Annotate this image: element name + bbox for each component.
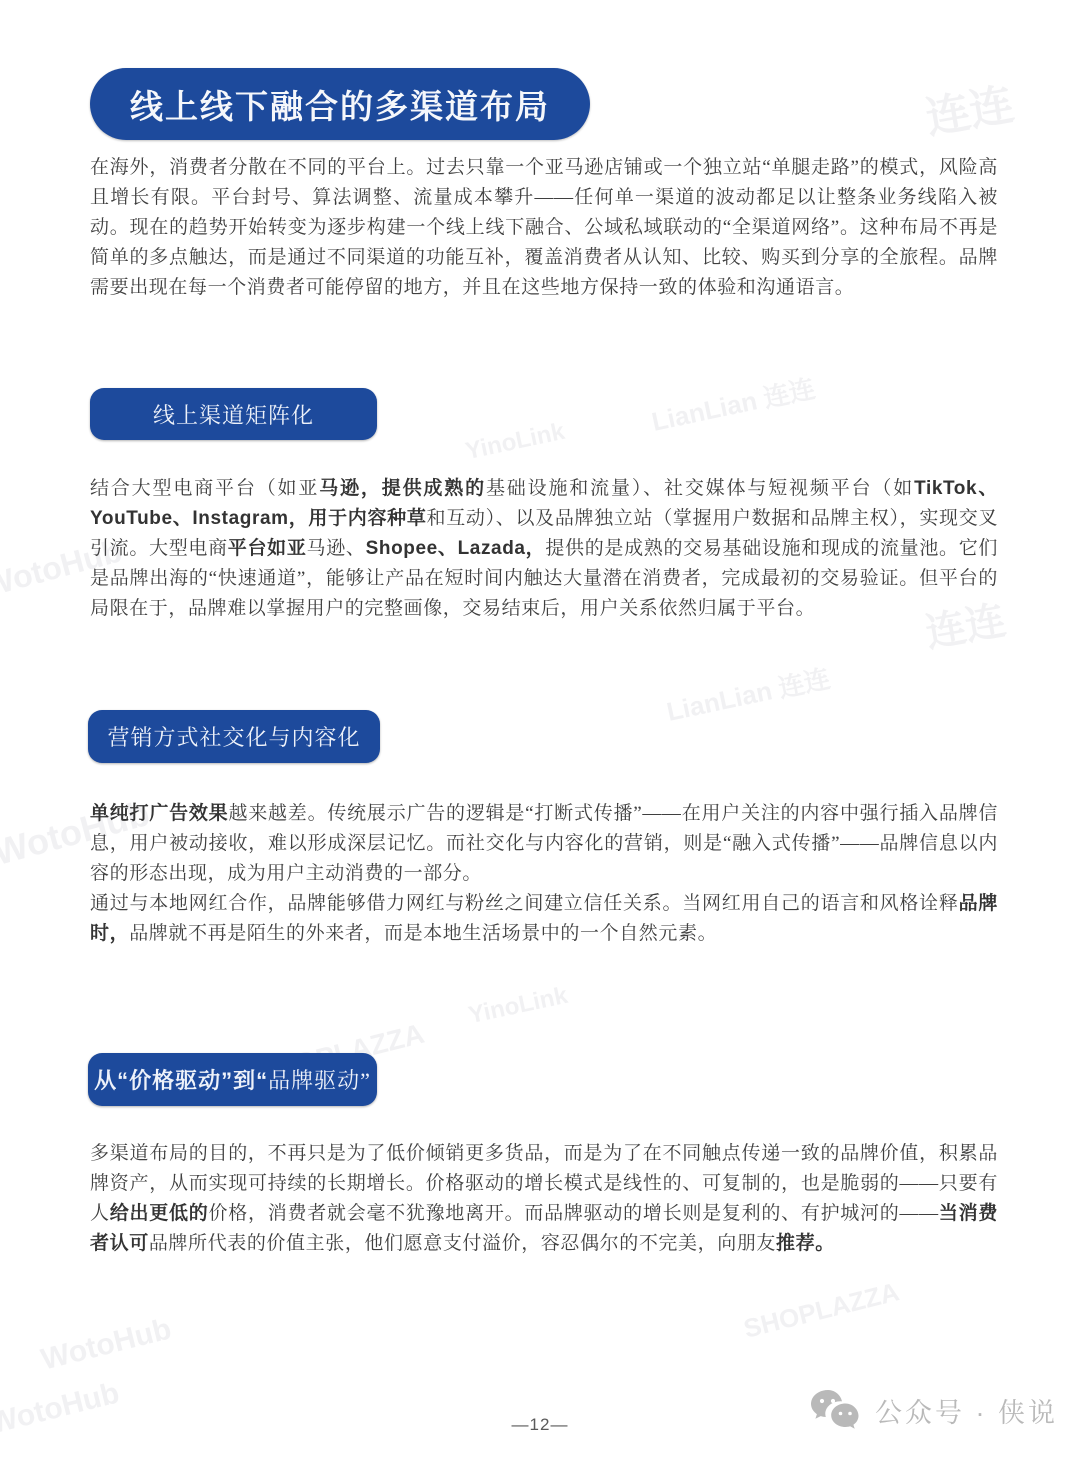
document-page: 连连 LianLian 连连 YinoLink WotoHub 连连 LianL… xyxy=(0,0,1080,1466)
watermark: 连连 xyxy=(920,68,1018,146)
section-heading-online-channel-matrix: 线上渠道矩阵化 xyxy=(90,388,377,440)
section-2-body-paragraph-1: 单纯打广告效果越来越差。传统展示广告的逻辑是“打断式传播”——在用户关注的内容中… xyxy=(90,799,998,889)
section-1-body: 结合大型电商平台（如亚马逊，提供成熟的基础设施和流量）、社交媒体与短视频平台（如… xyxy=(90,474,998,624)
watermark: YinoLink xyxy=(466,982,570,1030)
watermark: SHOPLAZZA xyxy=(741,1276,903,1345)
intro-paragraph: 在海外，消费者分散在不同的平台上。过去只靠一个亚马逊店铺或一个独立站“单腿走路”… xyxy=(90,153,998,303)
section-heading-label: 营销方式社交化与内容化 xyxy=(107,721,360,752)
section-heading-social-content-marketing: 营销方式社交化与内容化 xyxy=(88,710,380,763)
section-heading-price-to-brand-driven: 从“价格驱动”到“品牌驱动” xyxy=(88,1053,377,1106)
section-heading-label: 从“价格驱动”到“品牌驱动” xyxy=(94,1064,371,1095)
watermark: YinoLink xyxy=(463,418,567,466)
watermark: LianLian 连连 xyxy=(663,658,833,729)
section-2-body-paragraph-2: 通过与本地网红合作，品牌能够借力网红与粉丝之间建立信任关系。当网红用自己的语言和… xyxy=(90,889,998,949)
page-title: 线上线下融合的多渠道布局 xyxy=(130,81,550,128)
watermark: WotoHub xyxy=(38,1312,175,1377)
wechat-account-name: 公众号 · 侠说 xyxy=(875,1391,1058,1430)
page-title-banner: 线上线下融合的多渠道布局 xyxy=(90,68,590,140)
watermark: LianLian 连连 xyxy=(648,368,818,439)
section-heading-label: 线上渠道矩阵化 xyxy=(153,399,314,430)
wechat-account-badge: 公众号 · 侠说 xyxy=(809,1388,1058,1432)
section-3-body: 多渠道布局的目的，不再只是为了低价倾销更多货品，而是为了在不同触点传递一致的品牌… xyxy=(90,1139,998,1259)
wechat-icon xyxy=(809,1388,861,1432)
